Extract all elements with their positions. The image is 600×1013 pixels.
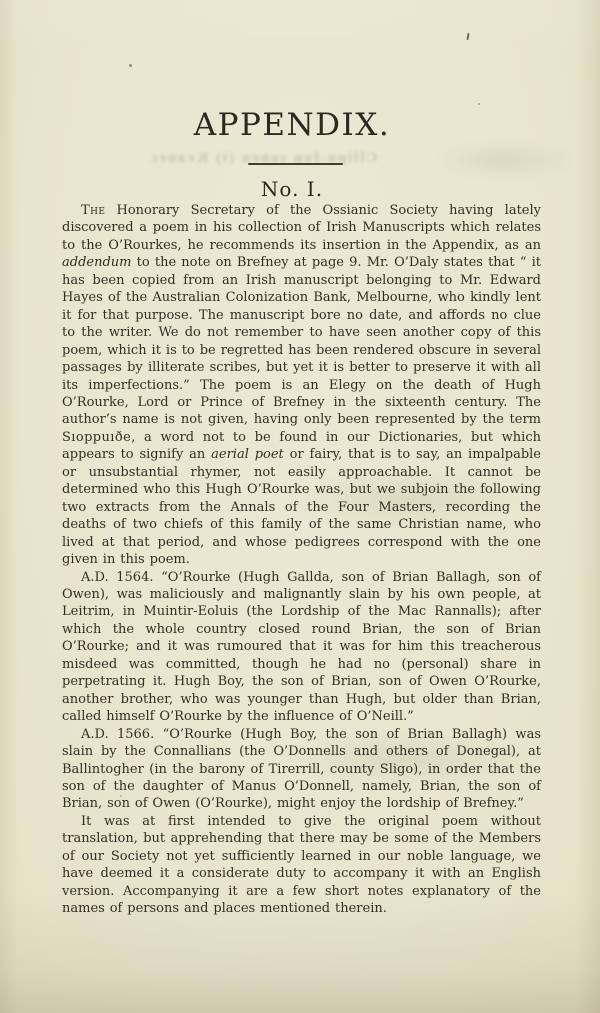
paragraph: A.D. 1566. “O’Rourke (Hugh Boy, the son …	[62, 726, 541, 813]
body-text: The Honorary Secretary of the Ossianic S…	[62, 202, 541, 918]
text-segment: The	[81, 203, 105, 218]
ghost-showthrough-blob	[430, 140, 580, 180]
text-segment: addendum	[62, 255, 131, 270]
text-segment: A.D. 1566. “O’Rourke (Hugh Boy, the son …	[62, 727, 541, 812]
section-heading: No. I.	[0, 177, 584, 201]
paragraph: A.D. 1564. “O’Rourke (Hugh Gallda, son o…	[62, 569, 541, 726]
text-segment: or fairy, that is to say, an impalpable …	[62, 447, 541, 567]
title-divider-rule	[248, 163, 343, 165]
paragraph: It was at first intended to give the ori…	[62, 813, 541, 918]
page-title: APPENDIX.	[0, 107, 584, 143]
paragraph: The Honorary Secretary of the Ossianic S…	[62, 202, 541, 569]
ink-speck	[478, 103, 480, 105]
text-segment: A.D. 1564. “O’Rourke (Hugh Gallda, son o…	[62, 570, 541, 725]
ink-speck	[129, 64, 132, 67]
text-segment: Sıoppuıðe	[62, 430, 131, 445]
ink-speck	[466, 33, 469, 40]
text-segment: to the note on Brefney at page 9. Mr. O’…	[62, 255, 541, 427]
text-segment: aerial poet	[211, 447, 284, 462]
text-segment: Honorary Secretary of the Ossianic Socie…	[62, 203, 541, 253]
book-page: Cllipo-fon sonen (i) Keanec APPENDIX. No…	[0, 0, 600, 1013]
text-segment: It was at first intended to give the ori…	[62, 814, 541, 916]
